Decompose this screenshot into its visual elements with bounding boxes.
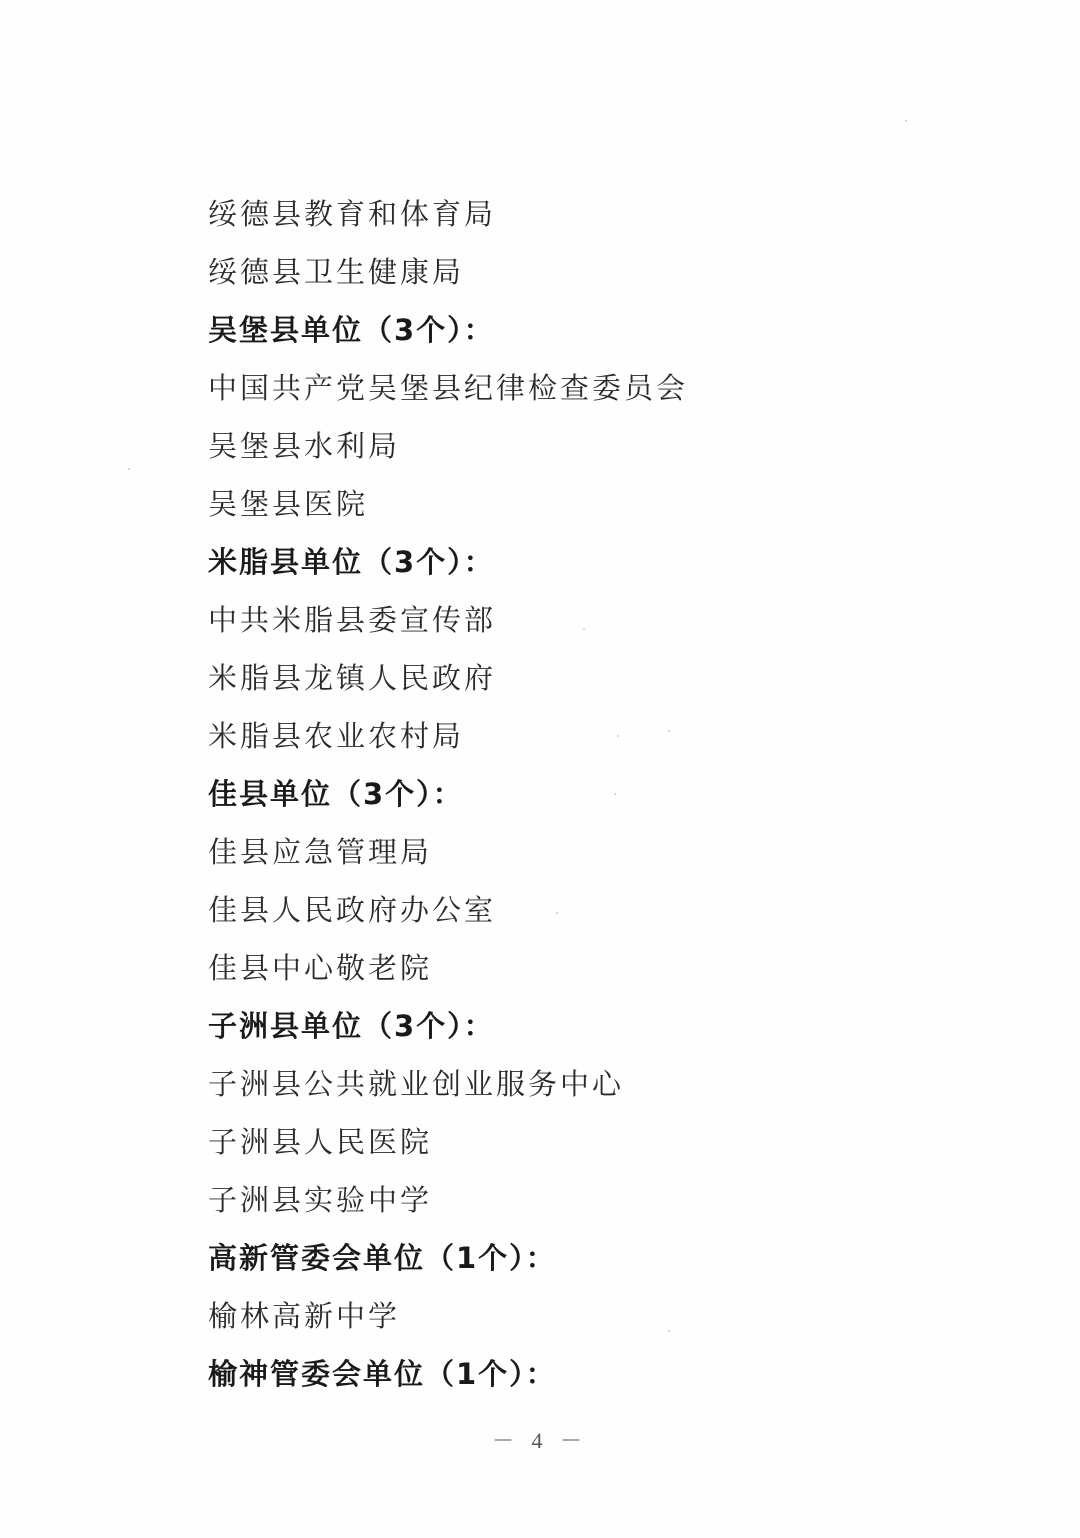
section-heading-mizhi: 米脂县单位（3个）： — [208, 538, 688, 596]
list-item: 佳县人民政府办公室 — [208, 886, 688, 944]
scan-speck — [617, 735, 619, 737]
list-item: 中国共产党吴堡县纪律检查委员会 — [208, 364, 688, 422]
list-item: 子洲县实验中学 — [208, 1176, 688, 1234]
section-heading-gaoxin: 高新管委会单位（1个）： — [208, 1234, 688, 1292]
scan-speck — [668, 730, 670, 732]
list-item: 吴堡县水利局 — [208, 422, 688, 480]
list-item: 绥德县教育和体育局 — [208, 190, 688, 248]
document-page: 绥德县教育和体育局 绥德县卫生健康局 吴堡县单位（3个）： 中国共产党吴堡县纪律… — [0, 0, 1080, 1538]
list-item: 绥德县卫生健康局 — [208, 248, 688, 306]
section-heading-wubao: 吴堡县单位（3个）： — [208, 306, 688, 364]
page-number: － 4 － — [0, 1424, 1080, 1455]
scan-speck — [905, 120, 907, 122]
scan-speck — [583, 628, 585, 630]
section-heading-yushen: 榆神管委会单位（1个）： — [208, 1350, 688, 1408]
list-item: 吴堡县医院 — [208, 480, 688, 538]
section-heading-jiaxian: 佳县单位（3个）： — [208, 770, 688, 828]
scan-speck — [668, 1330, 670, 1332]
section-heading-zizhou: 子洲县单位（3个）： — [208, 1002, 688, 1060]
list-item: 榆林高新中学 — [208, 1292, 688, 1350]
scan-speck — [128, 468, 130, 470]
list-item: 佳县应急管理局 — [208, 828, 688, 886]
list-item: 米脂县农业农村局 — [208, 712, 688, 770]
list-item: 子洲县公共就业创业服务中心 — [208, 1060, 688, 1118]
scan-speck — [614, 793, 616, 795]
unit-list: 绥德县教育和体育局 绥德县卫生健康局 吴堡县单位（3个）： 中国共产党吴堡县纪律… — [208, 190, 688, 1408]
list-item: 米脂县龙镇人民政府 — [208, 654, 688, 712]
list-item: 佳县中心敬老院 — [208, 944, 688, 1002]
list-item: 中共米脂县委宣传部 — [208, 596, 688, 654]
list-item: 子洲县人民医院 — [208, 1118, 688, 1176]
scan-speck — [556, 912, 558, 914]
